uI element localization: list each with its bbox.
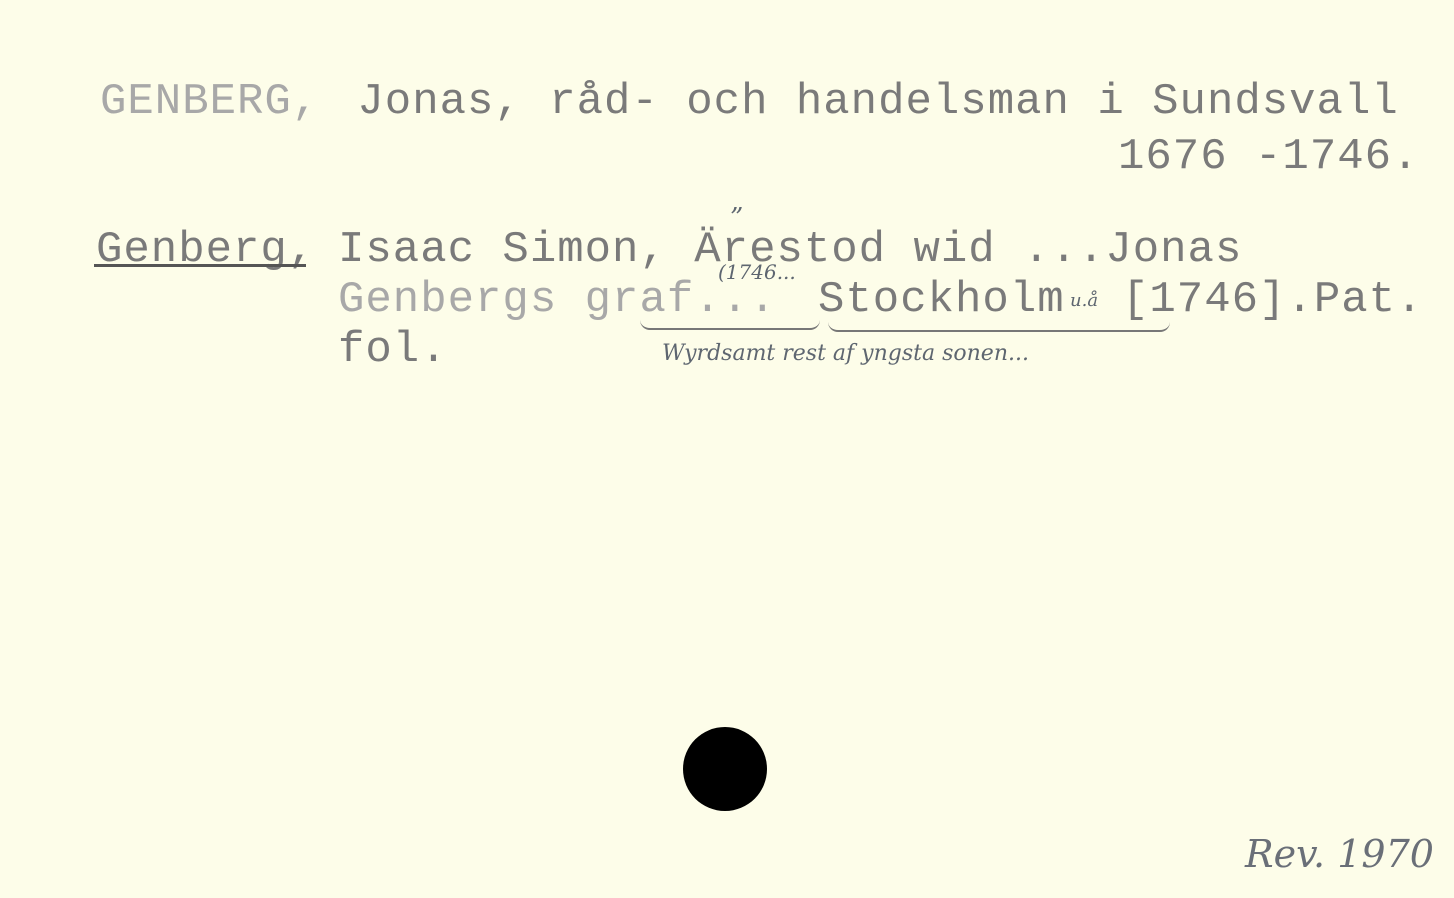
- author-underline: [94, 264, 306, 267]
- handwritten-note: Wyrdsamt rest af yngsta sonen...: [662, 343, 1029, 365]
- brace-right: [828, 322, 1170, 332]
- entry-format: fol.: [338, 328, 448, 372]
- entry-title-line2a: Genbergs graf...: [338, 278, 776, 322]
- year-insert-note: (1746...: [718, 262, 796, 282]
- catalog-card: GENBERG, Jonas, råd- och handelsman i Su…: [0, 0, 1454, 898]
- revision-note: Rev. 1970: [1245, 835, 1434, 873]
- punch-hole: [683, 727, 767, 811]
- brace-left: [640, 320, 820, 330]
- entry-place: Stockholm: [818, 278, 1065, 322]
- heading-years: 1676 -1746.: [1118, 135, 1419, 179]
- ua-note: u.å: [1070, 292, 1098, 310]
- entry-year-format: [1746].Pat.: [1122, 278, 1423, 322]
- heading-surname: GENBERG,: [100, 80, 319, 124]
- umlaut-correction: ”: [730, 205, 743, 231]
- heading-description: Jonas, råd- och handelsman i Sundsvall: [330, 80, 1399, 124]
